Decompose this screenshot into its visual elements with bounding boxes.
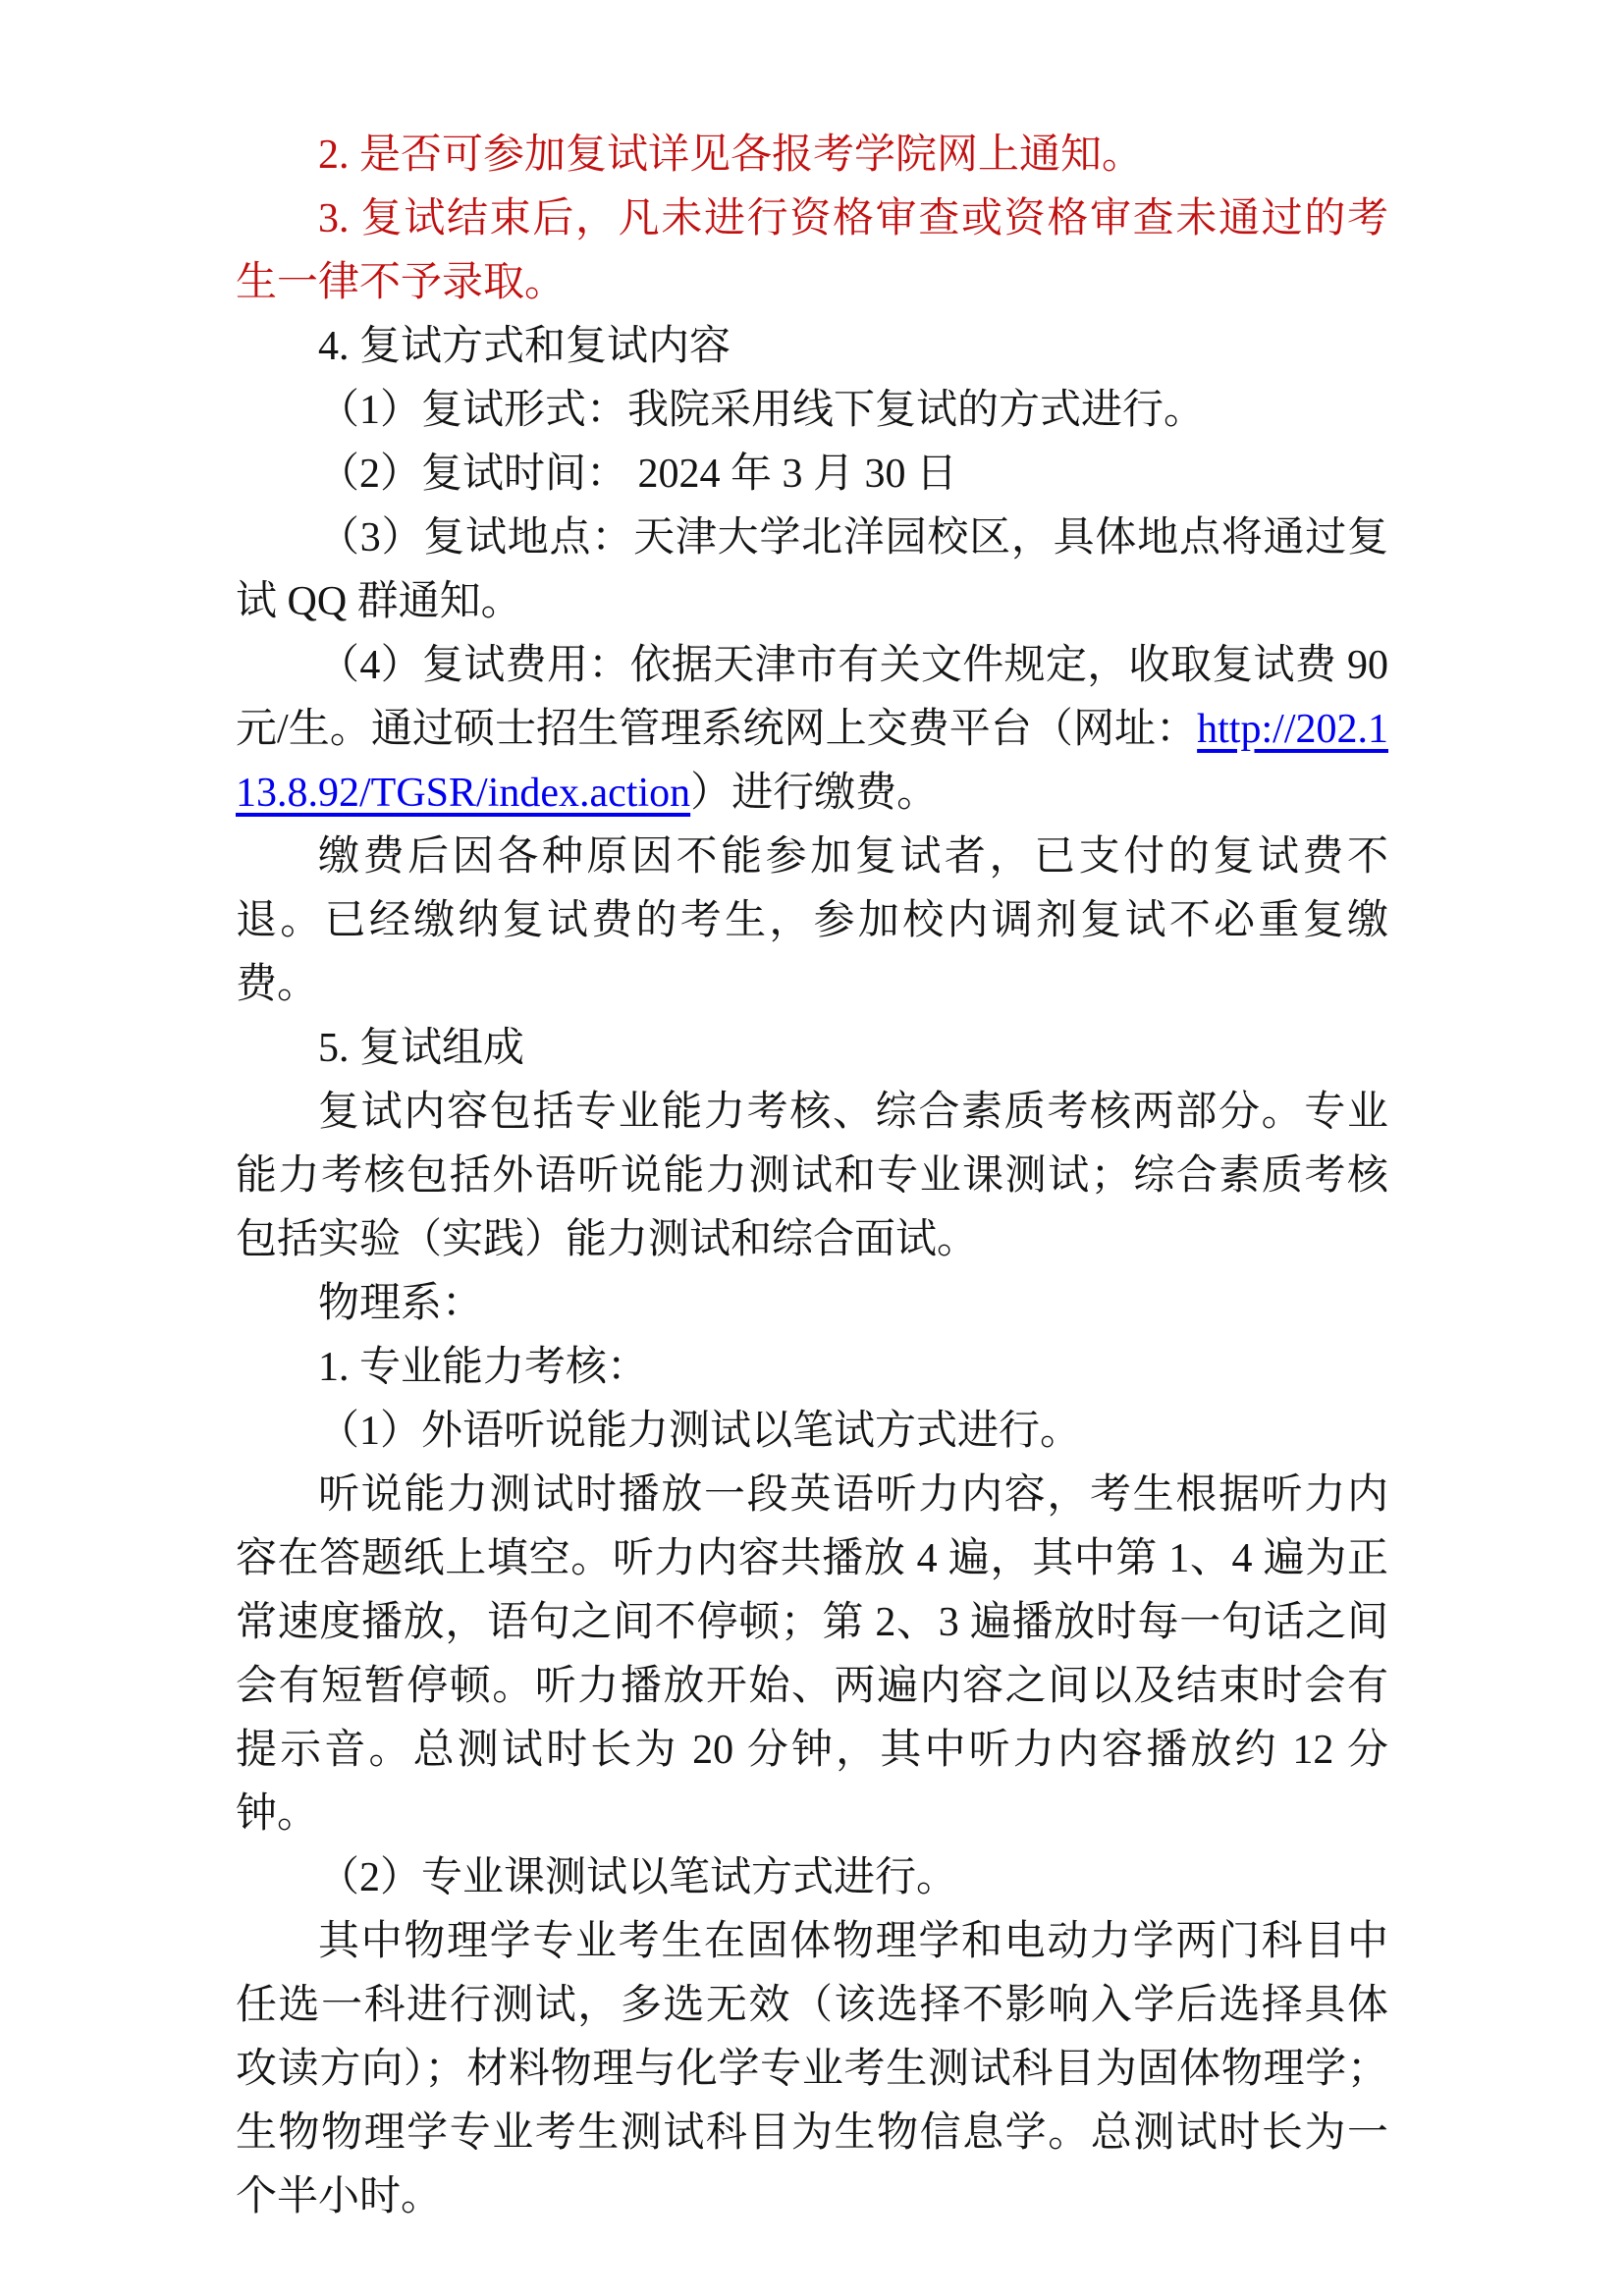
document-page: 2. 是否可参加复试详见各报考学院网上通知。3. 复试结束后，凡未进行资格审查或… — [0, 0, 1624, 2296]
paragraph-text: 缴费后因各种原因不能参加复试者，已支付的复试费不退。已经缴纳复试费的考生，参加校… — [236, 834, 1388, 1007]
paragraph-text: 4. 复试方式和复试内容 — [318, 324, 731, 369]
paragraph-text: ）进行缴费。 — [690, 771, 938, 816]
paragraph: （1）外语听说能力测试以笔试方式进行。 — [236, 1400, 1388, 1464]
paragraph-text: 2. 是否可参加复试详见各报考学院网上通知。 — [318, 133, 1143, 178]
paragraph: 5. 复试组成 — [236, 1017, 1388, 1081]
paragraph: 复试内容包括专业能力考核、综合素质考核两部分。专业能力考核包括外语听说能力测试和… — [236, 1081, 1388, 1272]
paragraph-text: 其中物理学专业考生在固体物理学和电动力学两门科目中任选一科进行测试，多选无效（该… — [236, 1919, 1388, 2219]
paragraph-text: （1）外语听说能力测试以笔试方式进行。 — [318, 1409, 1081, 1454]
paragraph: 缴费后因各种原因不能参加复试者，已支付的复试费不退。已经缴纳复试费的考生，参加校… — [236, 826, 1388, 1017]
paragraph: （1）复试形式：我院采用线下复试的方式进行。 — [236, 379, 1388, 443]
paragraph-text: 听说能力测试时播放一段英语听力内容，考生根据听力内容在答题纸上填空。听力内容共播… — [236, 1472, 1388, 1837]
notice-paragraph: 2. 是否可参加复试详见各报考学院网上通知。 — [236, 124, 1388, 187]
paragraph-text: （2）复试时间： 2024 年 3 月 30 日 — [318, 452, 957, 497]
paragraph: （2）专业课测试以笔试方式进行。 — [236, 1846, 1388, 1910]
paragraph-text: 5. 复试组成 — [318, 1026, 524, 1071]
document-body: 2. 是否可参加复试详见各报考学院网上通知。3. 复试结束后，凡未进行资格审查或… — [236, 124, 1388, 2229]
notice-paragraph: 3. 复试结束后，凡未进行资格审查或资格审查未通过的考生一律不予录取。 — [236, 187, 1388, 315]
paragraph-text: （2）专业课测试以笔试方式进行。 — [318, 1855, 957, 1900]
paragraph: 听说能力测试时播放一段英语听力内容，考生根据听力内容在答题纸上填空。听力内容共播… — [236, 1464, 1388, 1846]
paragraph-text: 复试内容包括专业能力考核、综合素质考核两部分。专业能力考核包括外语听说能力测试和… — [236, 1090, 1388, 1262]
paragraph-text: （3）复试地点：天津大学北洋园校区，具体地点将通过复试 QQ 群通知。 — [236, 515, 1388, 624]
paragraph-text: 物理系： — [318, 1281, 483, 1326]
paragraph: 物理系： — [236, 1272, 1388, 1336]
paragraph: 1. 专业能力考核： — [236, 1336, 1388, 1400]
paragraph: （3）复试地点：天津大学北洋园校区，具体地点将通过复试 QQ 群通知。 — [236, 507, 1388, 634]
paragraph: 4. 复试方式和复试内容 — [236, 315, 1388, 379]
paragraph-text: 3. 复试结束后，凡未进行资格审查或资格审查未通过的考生一律不予录取。 — [236, 196, 1388, 305]
paragraph-text: 1. 专业能力考核： — [318, 1345, 648, 1390]
paragraph: （4）复试费用：依据天津市有关文件规定，收取复试费 90 元/生。通过硕士招生管… — [236, 634, 1388, 826]
paragraph: （2）复试时间： 2024 年 3 月 30 日 — [236, 443, 1388, 507]
paragraph-text: （1）复试形式：我院采用线下复试的方式进行。 — [318, 388, 1205, 433]
paragraph: 其中物理学专业考生在固体物理学和电动力学两门科目中任选一科进行测试，多选无效（该… — [236, 1910, 1388, 2229]
